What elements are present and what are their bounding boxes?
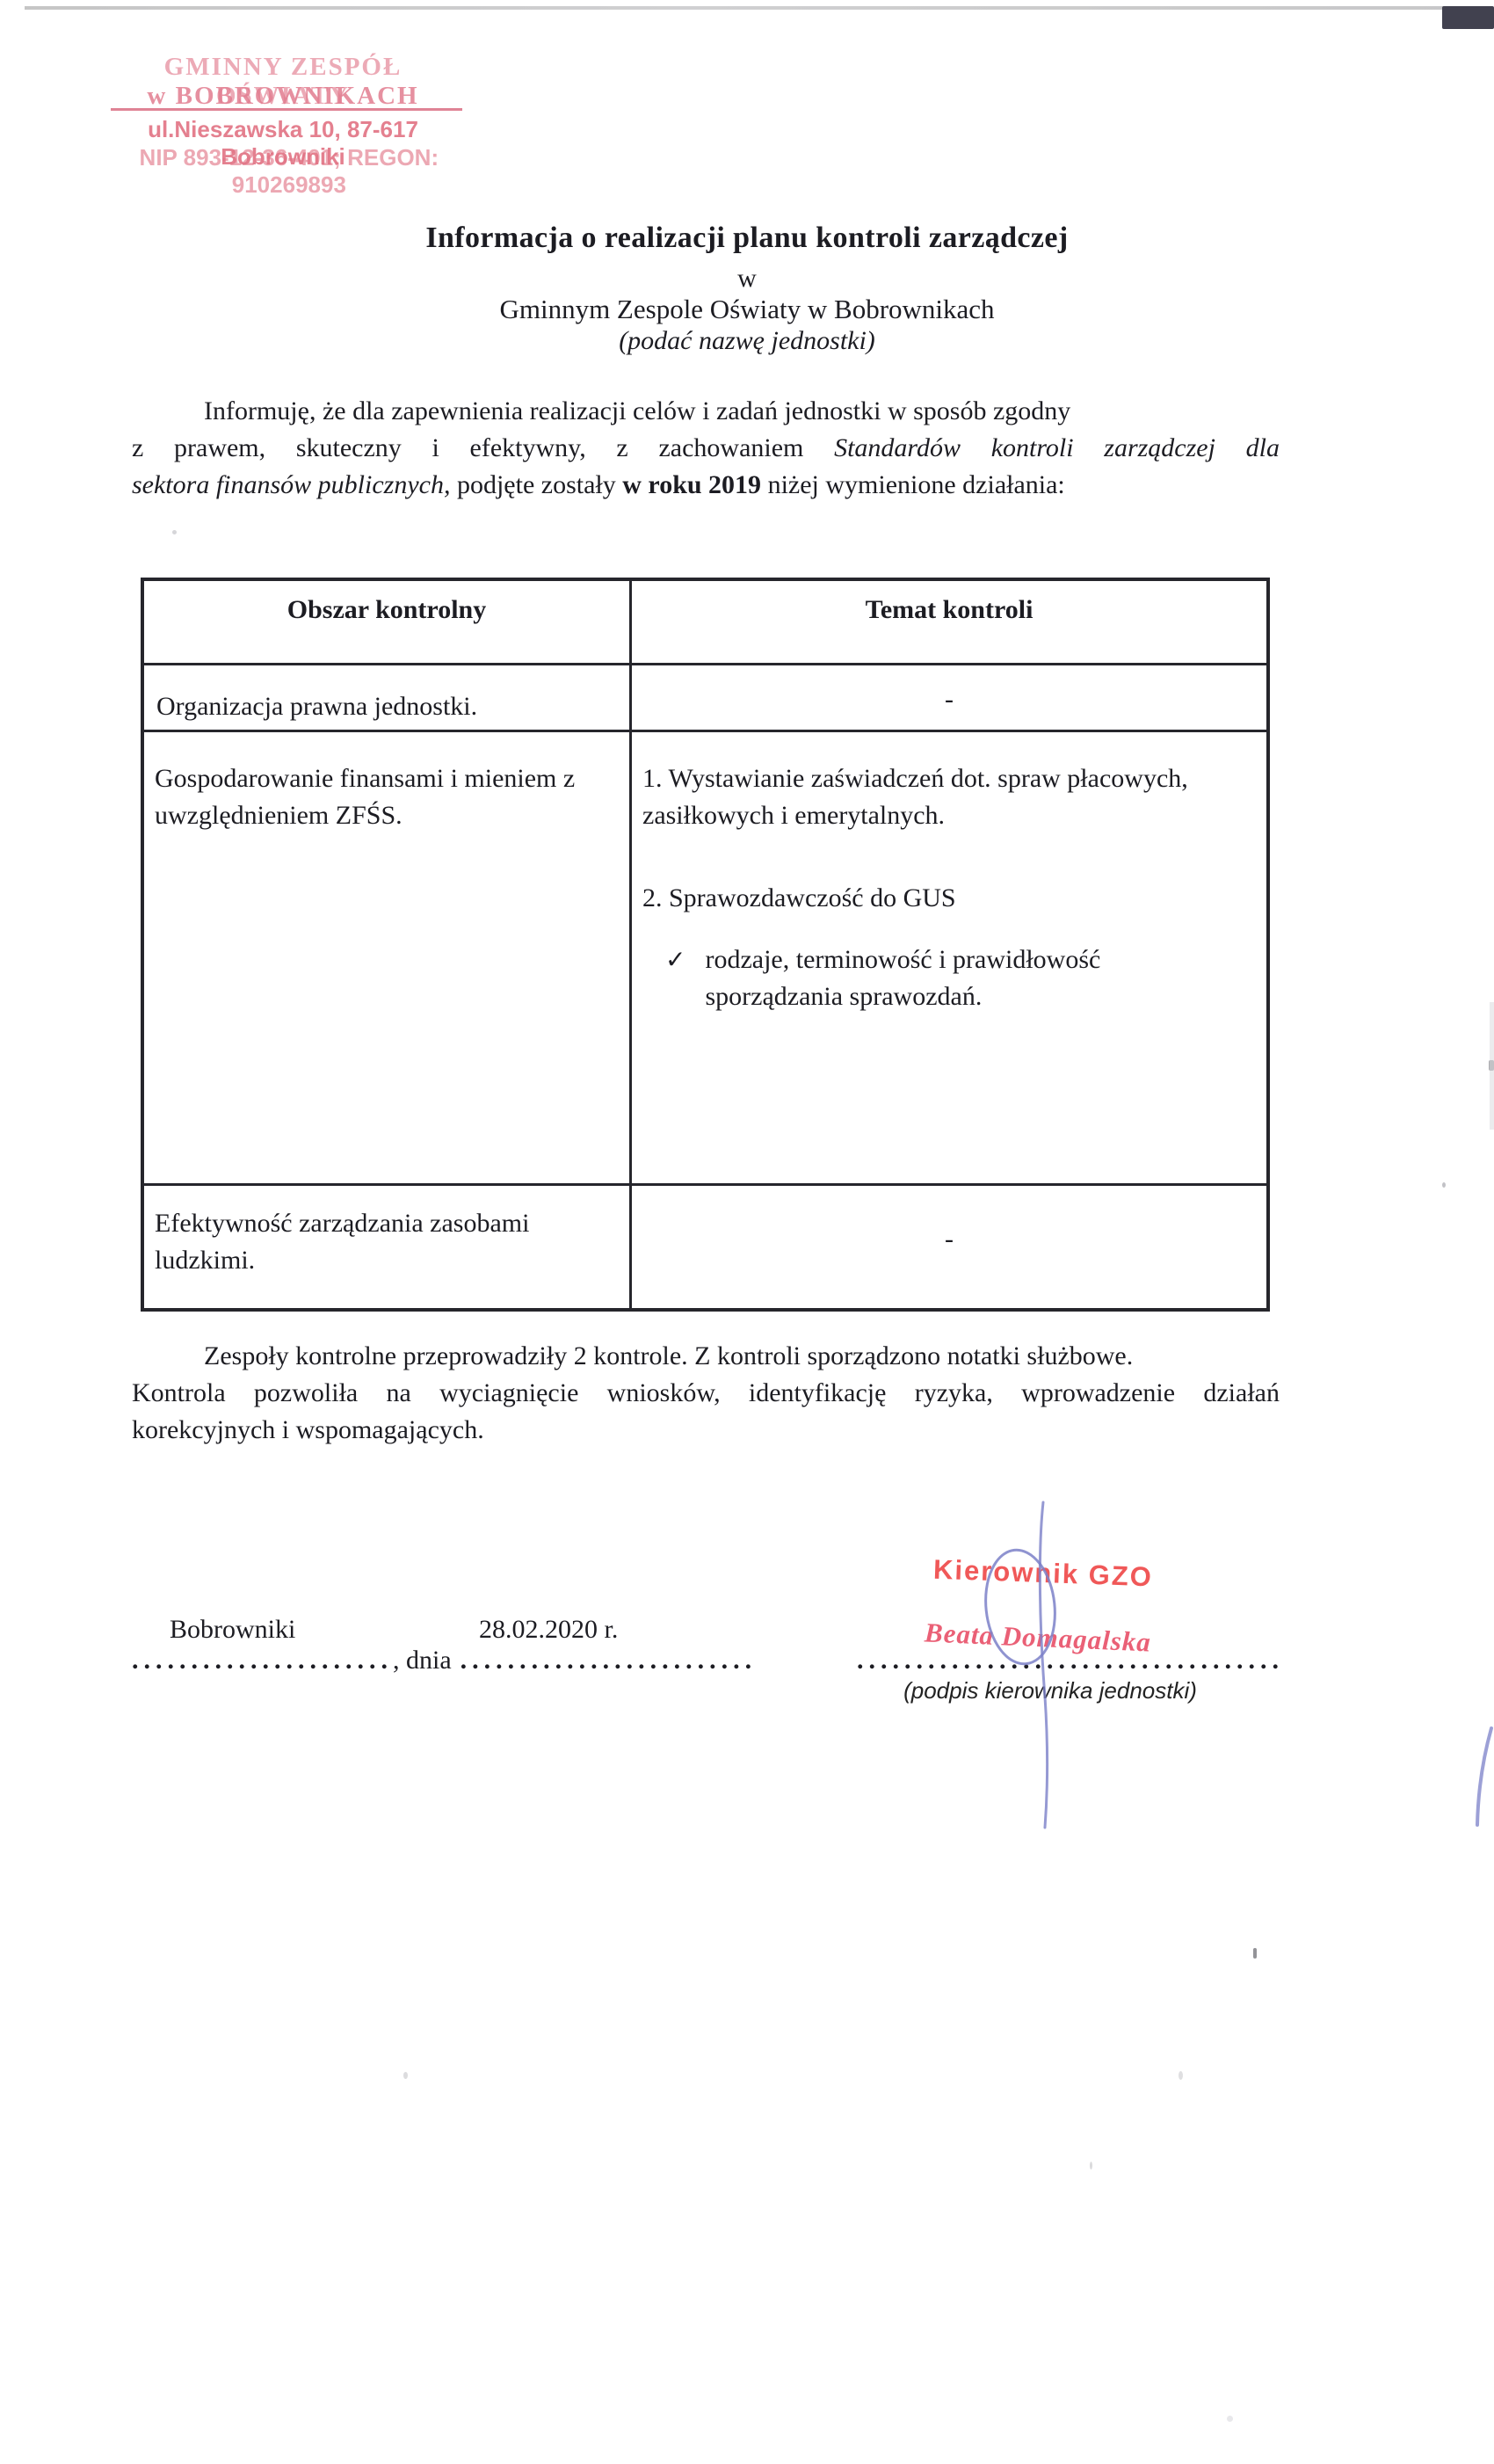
scan-speck	[1442, 1182, 1446, 1188]
intro-line2-normal: z prawem, skuteczny i efektywny, z zacho…	[132, 433, 834, 462]
signature-dots-text: ....................................	[857, 1646, 1284, 1675]
dnia-label: , dnia	[393, 1646, 452, 1675]
control-table: Obszar kontrolny Temat kontroli Organiza…	[141, 578, 1270, 1312]
scan-corner-artifact	[1442, 6, 1494, 29]
summary-line3: korekcyjnych i wspomagających.	[132, 1412, 1280, 1449]
role-stamp: Kierownik GZO	[932, 1554, 1153, 1594]
intro-line3-normal: podjęte zostały	[450, 470, 622, 499]
intro-line3-tail: niżej wymienione działania:	[761, 470, 1065, 499]
place-value: Bobrowniki	[170, 1615, 295, 1645]
pen-mark-edge	[1454, 1721, 1494, 1831]
topic-check-text: rodzaje, terminowość i prawidłowość spor…	[705, 941, 1100, 1015]
date-value: 28.02.2020 r.	[479, 1615, 618, 1645]
signature-caption: (podpis kierownika jednostki)	[857, 1677, 1244, 1704]
table-row2-area: Gospodarowanie finansami i mieniem z uwz…	[144, 732, 632, 1186]
intro-line2: z prawem, skuteczny i efektywny, z zacho…	[132, 430, 1280, 467]
topic-check-line1: rodzaje, terminowość i prawidłowość	[705, 941, 1100, 978]
document-page: GMINNY ZESPÓŁ OŚWIATY w BOBROWNIKACH ul.…	[0, 0, 1494, 2464]
scan-speck	[172, 530, 177, 534]
topic-check-line2: sporządzania sprawozdań.	[705, 978, 1100, 1015]
signature-dots: ....................................	[857, 1646, 1284, 1675]
office-stamp-rule	[111, 108, 462, 111]
table-row2-area-line1: Gospodarowanie finansami i mieniem z	[155, 760, 615, 797]
scan-speck	[1227, 2416, 1233, 2422]
intro-line3-italic: sektora finansów publicznych,	[132, 470, 450, 499]
date-dots: .........................	[461, 1646, 758, 1675]
checkmark-icon: ✓	[665, 941, 685, 1015]
scan-streak-artifact	[25, 6, 1489, 10]
table-row3-area: Efektywność zarządzania zasobami ludzkim…	[144, 1186, 632, 1308]
intro-line3: sektora finansów publicznych, podjęte zo…	[132, 467, 1280, 504]
topic-check-item: ✓ rodzaje, terminowość i prawidłowość sp…	[642, 941, 1252, 1015]
title-connector: w	[0, 264, 1494, 294]
place-dots: ......................	[132, 1646, 393, 1675]
table-row3-area-line1: Efektywność zarządzania zasobami	[155, 1205, 615, 1242]
office-stamp-nip-regon: NIP 893-12-36-401; REGON: 910269893	[90, 144, 489, 199]
unit-name: Gminnym Zespole Oświaty w Bobrownikach	[0, 294, 1494, 325]
summary-paragraph: Zespoły kontrolne przeprowadziły 2 kontr…	[132, 1338, 1280, 1449]
table-row1-topic: -	[632, 665, 1266, 732]
office-stamp-name-line2: w BOBROWNIKACH	[95, 82, 471, 111]
table-row2-topic: 1. Wystawianie zaświadczeń dot. spraw pł…	[632, 732, 1266, 1186]
table-row3-topic: -	[632, 1186, 1266, 1308]
place-date-line: ......................, dnia............…	[132, 1646, 757, 1675]
scan-speck	[403, 2072, 408, 2079]
topic-item2: 2. Sprawozdawczość do GUS	[642, 880, 1252, 917]
intro-line2-italic: Standardów kontroli zarządczej dla	[834, 433, 1280, 462]
table-row2-area-line2: uwzględnieniem ZFŚS.	[155, 797, 615, 834]
topic-item1-line1: 1. Wystawianie zaświadczeń dot. spraw pł…	[642, 760, 1252, 797]
table-header-topic: Temat kontroli	[632, 581, 1266, 665]
scan-speck	[1090, 2162, 1092, 2170]
intro-line1: Informuję, że dla zapewnienia realizacji…	[132, 393, 1280, 430]
document-title: Informacja o realizacji planu kontroli z…	[0, 222, 1494, 255]
table-header-area: Obszar kontrolny	[144, 581, 632, 665]
intro-paragraph: Informuję, że dla zapewnienia realizacji…	[132, 393, 1280, 504]
table-row1-area: Organizacja prawna jednostki.	[144, 665, 632, 732]
scan-speck	[1253, 1948, 1257, 1959]
summary-line1: Zespoły kontrolne przeprowadziły 2 kontr…	[132, 1338, 1280, 1375]
summary-line2: Kontrola pozwoliła na wyciagnięcie wnios…	[132, 1375, 1280, 1412]
scan-edge-artifact	[1490, 1002, 1494, 1130]
topic-item1-line2: zasiłkowych i emerytalnych.	[642, 797, 1252, 834]
unit-name-hint: (podać nazwę jednostki)	[0, 326, 1494, 356]
intro-line3-year: w roku 2019	[622, 470, 761, 499]
scan-speck	[1179, 2071, 1183, 2080]
table-row3-area-line2: ludzkimi.	[155, 1242, 615, 1279]
